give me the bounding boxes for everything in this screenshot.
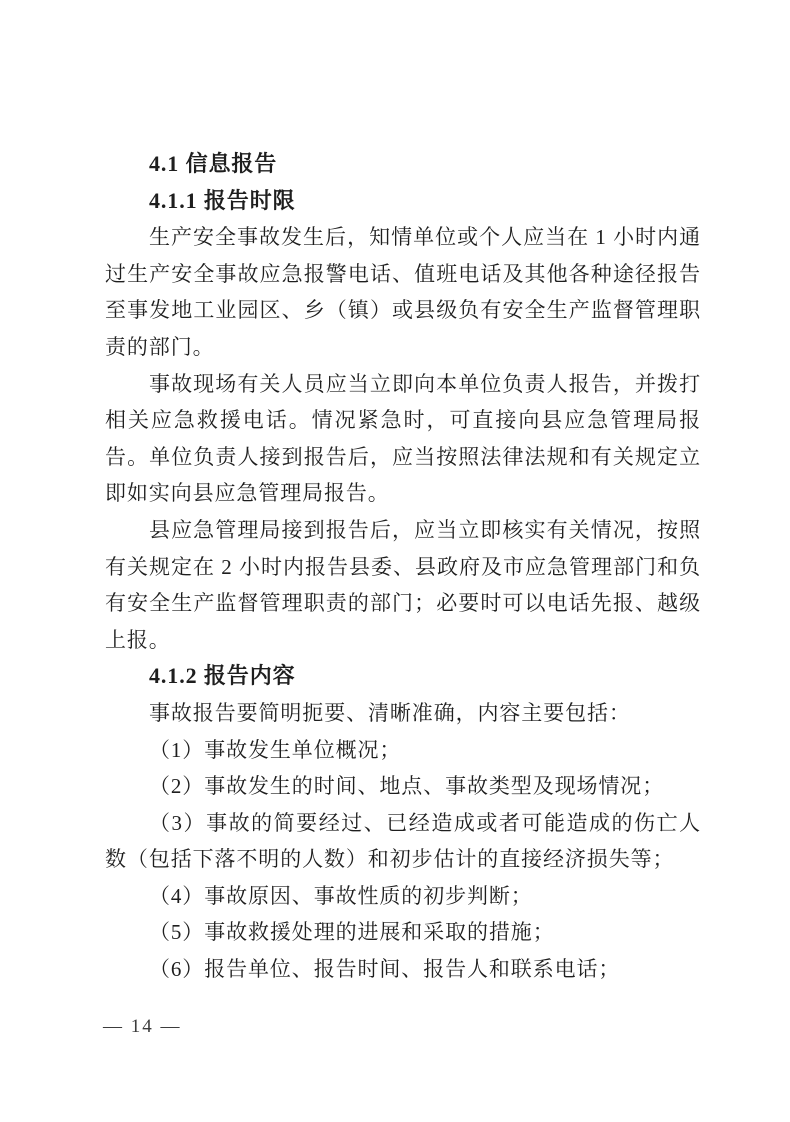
- list-item-4: （4）事故原因、事故性质的初步判断；: [105, 878, 701, 915]
- list-item-3: （3）事故的简要经过、已经造成或者可能造成的伤亡人数（包括下落不明的人数）和初步…: [105, 805, 701, 878]
- paragraph-report-deadline-2: 事故现场有关人员应当立即向本单位负责人报告，并拨打相关应急救援电话。情况紧急时，…: [105, 366, 701, 512]
- section-heading-4-1-1: 4.1.1 报告时限: [105, 183, 701, 220]
- paragraph-report-deadline-1: 生产安全事故发生后，知情单位或个人应当在 1 小时内通过生产安全事故应急报警电话…: [105, 219, 701, 365]
- paragraph-report-deadline-3: 县应急管理局接到报告后，应当立即核实有关情况，按照有关规定在 2 小时内报告县委…: [105, 512, 701, 658]
- list-item-1: （1）事故发生单位概况；: [105, 732, 701, 769]
- list-item-5: （5）事故救援处理的进展和采取的措施；: [105, 914, 701, 951]
- section-heading-4-1-2: 4.1.2 报告内容: [105, 658, 701, 695]
- document-page: 4.1 信息报告 4.1.1 报告时限 生产安全事故发生后，知情单位或个人应当在…: [0, 0, 790, 1122]
- paragraph-report-content-intro: 事故报告要简明扼要、清晰准确，内容主要包括：: [105, 695, 701, 732]
- page-number: — 14 —: [103, 1016, 182, 1038]
- list-item-6: （6）报告单位、报告时间、报告人和联系电话；: [105, 951, 701, 988]
- section-heading-4-1: 4.1 信息报告: [105, 146, 701, 183]
- list-item-2: （2）事故发生的时间、地点、事故类型及现场情况；: [105, 768, 701, 805]
- document-body: 4.1 信息报告 4.1.1 报告时限 生产安全事故发生后，知情单位或个人应当在…: [105, 146, 701, 988]
